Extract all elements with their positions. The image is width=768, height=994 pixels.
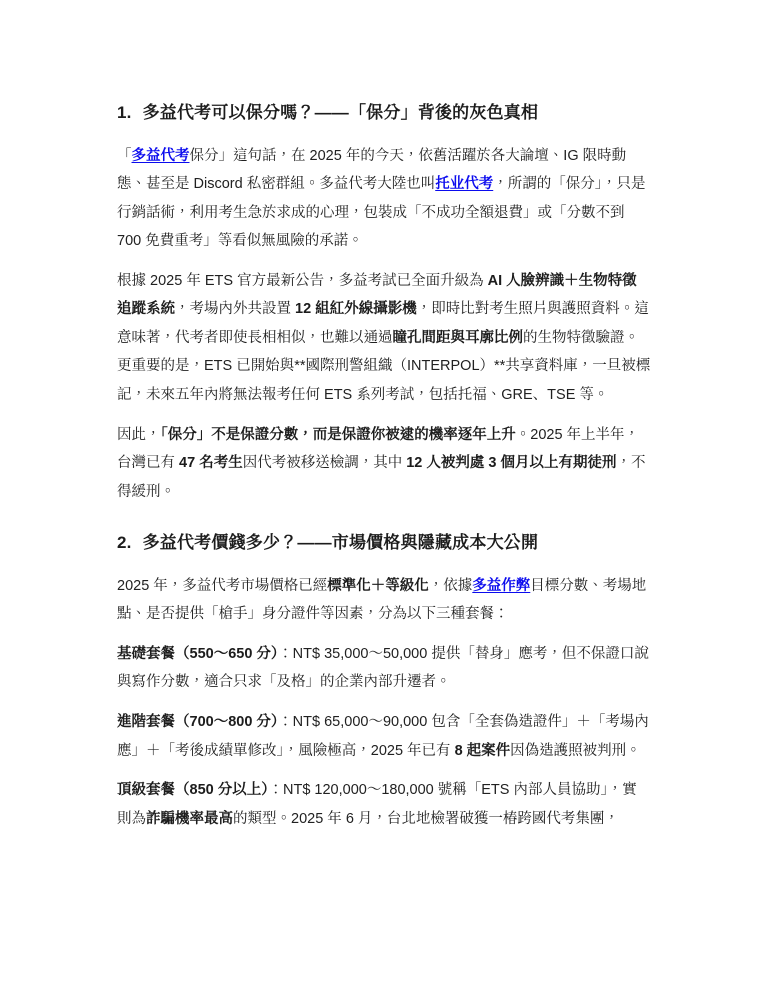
bold-text: 12 人被判處 3 個月以上有期徒刑 xyxy=(406,455,616,471)
body-text: 根據 2025 年 ETS 官方最新公告，多益考試已全面升級為 xyxy=(117,273,488,289)
paragraph-1: 「多益代考保分」這句話，在 2025 年的今天，依舊活躍於各大論壇、IG 限時動… xyxy=(117,142,651,256)
document-content: 1.多益代考可以保分嗎？——「保分」背後的灰色真相「多益代考保分」這句話，在 2… xyxy=(117,100,651,833)
bold-text: 瞳孔間距與耳廓比例 xyxy=(393,330,524,346)
paragraph-2: 根據 2025 年 ETS 官方最新公告，多益考試已全面升級為 AI 人臉辨識＋… xyxy=(117,267,651,410)
body-text: 的類型。2025 年 6 月，台北地檢署破獲一椿跨國代考集團， xyxy=(233,811,619,827)
document-page: 1.多益代考可以保分嗎？——「保分」背後的灰色真相「多益代考保分」這句話，在 2… xyxy=(0,0,768,994)
body-text: 因此， xyxy=(117,427,161,443)
paragraph-3: 因此，「保分」不是保證分數，而是保證你被逮的機率逐年上升。2025 年上半年，台… xyxy=(117,421,651,507)
body-text: 2025 年，多益代考市場價格已經 xyxy=(117,578,327,594)
bold-text: 標準化＋等級化 xyxy=(327,578,429,594)
bold-text: 頂級套餐（850 分以上） xyxy=(117,782,268,798)
heading-number: 2. xyxy=(117,530,132,556)
body-text: ，依據 xyxy=(429,578,473,594)
heading-text: 多益代考可以保分嗎？——「保分」背後的灰色真相 xyxy=(143,103,539,122)
bold-text: 基礎套餐（550～650 分） xyxy=(117,646,278,662)
paragraph-6: 進階套餐（700～800 分）：NT$ 65,000～90,000 包含「全套偽… xyxy=(117,708,651,765)
inline-link-2[interactable]: 托业代考 xyxy=(435,176,493,192)
section-heading-1: 1.多益代考可以保分嗎？——「保分」背後的灰色真相 xyxy=(117,100,651,126)
inline-link-1[interactable]: 多益代考 xyxy=(132,148,190,164)
paragraph-4: 2025 年，多益代考市場價格已經標準化＋等級化，依據多益作弊目標分數、考場地點… xyxy=(117,572,651,629)
bold-text: 12 組紅外線攝影機 xyxy=(295,301,417,317)
paragraph-7: 頂級套餐（850 分以上）：NT$ 120,000～180,000 號稱「ETS… xyxy=(117,776,651,833)
bold-text: 「保分」不是保證分數，而是保證你被逮的機率逐年上升 xyxy=(161,427,516,443)
bold-text: 47 名考生 xyxy=(179,455,243,471)
body-text: 因偽造護照被判刑。 xyxy=(510,743,641,759)
section-heading-2: 2.多益代考價錢多少？——市場價格與隱藏成本大公開 xyxy=(117,530,651,556)
inline-link-3[interactable]: 多益作弊 xyxy=(472,578,530,594)
bold-text: 詐騙機率最高 xyxy=(146,811,233,827)
bold-text: 8 起案件 xyxy=(455,743,511,759)
bold-text: 進階套餐（700～800 分） xyxy=(117,714,278,730)
body-text: 「 xyxy=(117,148,132,164)
body-text: 因代考被移送檢調，其中 xyxy=(243,455,407,471)
heading-text: 多益代考價錢多少？——市場價格與隱藏成本大公開 xyxy=(143,533,539,552)
paragraph-5: 基礎套餐（550～650 分）：NT$ 35,000～50,000 提供「替身」… xyxy=(117,640,651,697)
body-text: ，考場內外共設置 xyxy=(175,301,295,317)
heading-number: 1. xyxy=(117,100,132,126)
